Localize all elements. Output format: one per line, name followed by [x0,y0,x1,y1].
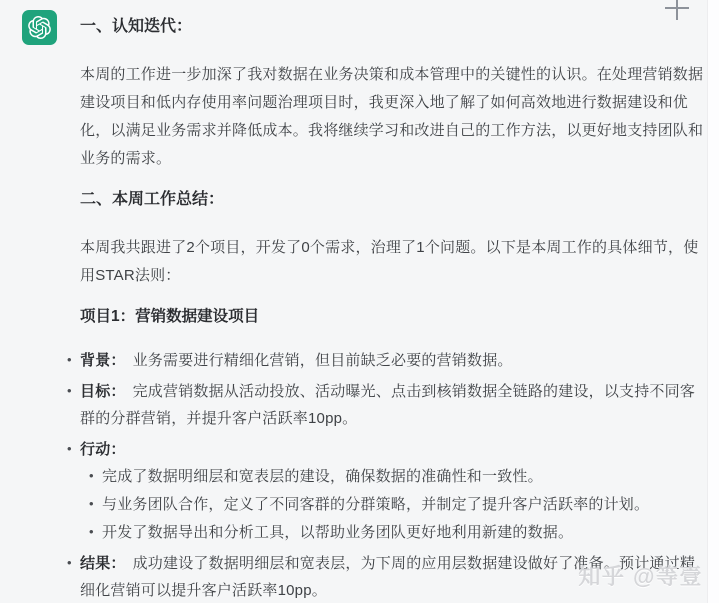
paragraph-cognition: 本周的工作进一步加深了我对数据在业务决策和成本管理中的关键性的认识。在处理营销数… [80,61,707,173]
chatgpt-avatar [22,10,57,45]
page-right-edge [707,0,719,603]
zhihu-watermark: 知乎 @等壹 [578,560,703,591]
heading-project-1: 项目1：营销数据建设项目 [80,306,707,327]
heading-weekly-summary: 二、本周工作总结： [80,189,707,210]
action-sub-item: 开发了数据导出和分析工具，以帮助业务团队更好地利用新建的数据。 [102,519,707,546]
openai-logo-icon [28,16,51,39]
bullet-result-label: 结果： [80,555,126,572]
heading-cognition-iteration: 一、认知迭代： [80,16,707,37]
action-sub-item: 完成了数据明细层和宽表层的建设，确保数据的准确性和一致性。 [102,463,707,490]
bullet-background-text: 业务需要进行精细化营销，但目前缺乏必要的营销数据。 [133,352,513,369]
bullet-background: 背景：业务需要进行精细化营销，但目前缺乏必要的营销数据。 [80,347,707,374]
paragraph-summary: 本周我共跟进了2个项目，开发了0个需求，治理了1个问题。以下是本周工作的具体细节… [80,234,707,290]
action-sub-list: 完成了数据明细层和宽表层的建设，确保数据的准确性和一致性。 与业务团队合作，定义… [102,463,707,546]
bullet-goal-label: 目标： [80,383,126,400]
chatgpt-answer-screenshot: 一、认知迭代： 本周的工作进一步加深了我对数据在业务决策和成本管理中的关键性的认… [0,0,719,603]
bullet-goal-text: 完成营销数据从活动投放、活动曝光、点击到核销数据全链路的建设，以支持不同客群的分… [80,383,695,427]
bullet-goal: 目标：完成营销数据从活动投放、活动曝光、点击到核销数据全链路的建设，以支持不同客… [80,378,707,432]
bullet-action-label: 行动： [80,441,126,458]
bullet-background-label: 背景： [80,352,126,369]
action-sub-item: 与业务团队合作，定义了不同客群的分群策略，并制定了提升客户活跃率的计划。 [102,491,707,518]
answer-content: 一、认知迭代： 本周的工作进一步加深了我对数据在业务决策和成本管理中的关键性的认… [80,16,707,603]
bullet-action: 行动： 完成了数据明细层和宽表层的建设，确保数据的准确性和一致性。 与业务团队合… [80,436,707,546]
